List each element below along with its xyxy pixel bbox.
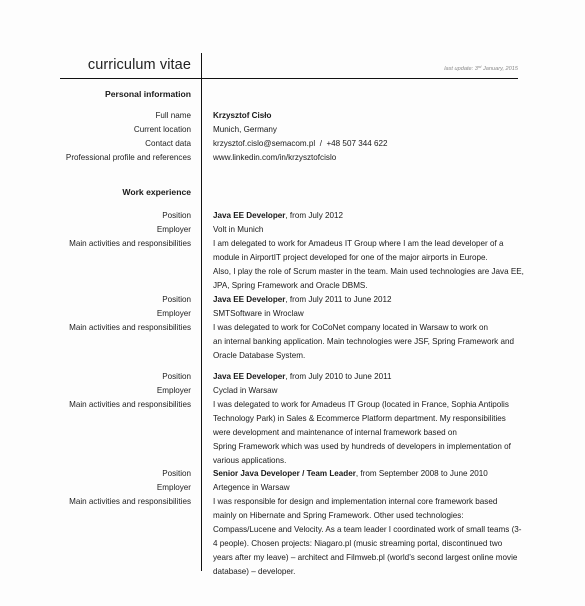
job-position-row: Position Java EE Developer, from July 20…	[0, 211, 585, 225]
field-label: Main activities and responsibilities	[69, 323, 191, 332]
activity-line: 4 people). Chosen projects: Niagaro.pl (…	[213, 537, 523, 551]
job-position-row: Position Java EE Developer, from July 20…	[0, 295, 585, 309]
full-name-text: Krzysztof Cisło	[213, 111, 271, 120]
activity-line: Spring Framework which was used by hundr…	[213, 440, 523, 454]
section-heading-work: Work experience	[122, 187, 191, 197]
job-title: Java EE Developer	[213, 295, 285, 304]
activity-line: Technology Park) in Sales & Ecommerce Pl…	[213, 412, 523, 426]
job-employer: SMTSoftware in Wroclaw	[213, 309, 304, 318]
job-position: Senior Java Developer / Team Leader, fro…	[213, 469, 488, 478]
activity-line: I was responsible for design and impleme…	[213, 495, 523, 509]
personal-row-profile: Professional profile and references www.…	[0, 153, 585, 167]
job-activities: I was responsible for design and impleme…	[213, 495, 523, 578]
section-heading-personal: Personal information	[105, 89, 191, 99]
job-activities: I was delegated to work for CoCoNet comp…	[213, 321, 523, 363]
activity-line: JPA, Spring Framework and Oracle DBMS.	[213, 279, 523, 293]
header-rule	[60, 78, 518, 79]
personal-row-contact: Contact data krzysztof.cislo@semacom.pl …	[0, 139, 585, 153]
field-label: Current location	[134, 125, 191, 134]
field-label: Contact data	[145, 139, 191, 148]
activity-line: years after my leave) – architect and Fi…	[213, 551, 523, 565]
contact-value[interactable]: krzysztof.cislo@semacom.pl / +48 507 344…	[213, 139, 387, 148]
personal-row-location: Current location Munich, Germany	[0, 125, 585, 139]
field-label: Employer	[157, 309, 191, 318]
field-label: Main activities and responsibilities	[69, 239, 191, 248]
activity-line: various applications.	[213, 454, 523, 468]
personal-row-full-name: Full name Krzysztof Cisło	[0, 111, 585, 125]
last-update-date: last update: 3rd January, 2015	[444, 64, 518, 72]
activity-line: I was delegated to work for CoCoNet comp…	[213, 321, 523, 335]
job-period: , from July 2010 to June 2011	[285, 372, 391, 381]
activity-line: mainly on Hibernate and Spring Framework…	[213, 509, 523, 523]
job-position: Java EE Developer, from July 2011 to Jun…	[213, 295, 391, 304]
last-update-text: last update: 3	[444, 66, 478, 72]
activity-line: were development and maintenance of inte…	[213, 426, 523, 440]
activity-line: database) – developer.	[213, 565, 523, 579]
field-label: Position	[162, 211, 191, 220]
job-title: Senior Java Developer / Team Leader	[213, 469, 356, 478]
field-label: Position	[162, 295, 191, 304]
field-label: Employer	[157, 386, 191, 395]
job-activities: I am delegated to work for Amadeus IT Gr…	[213, 237, 523, 293]
field-label: Position	[162, 469, 191, 478]
last-update-month-year: January, 2015	[481, 66, 518, 72]
job-position: Java EE Developer, from July 2012	[213, 211, 343, 220]
full-name-value: Krzysztof Cisło	[213, 111, 271, 120]
activity-line: an internal banking application. Main te…	[213, 335, 523, 349]
location-value: Munich, Germany	[213, 125, 277, 134]
job-employer: Artegence in Warsaw	[213, 483, 290, 492]
job-position-row: Position Senior Java Developer / Team Le…	[0, 469, 585, 483]
job-period: , from July 2012	[285, 211, 343, 220]
field-label: Full name	[155, 111, 191, 120]
field-label: Main activities and responsibilities	[69, 400, 191, 409]
job-period: , from July 2011 to June 2012	[285, 295, 391, 304]
activity-line: I am delegated to work for Amadeus IT Gr…	[213, 237, 523, 251]
job-employer: Volt in Munich	[213, 225, 263, 234]
job-position: Java EE Developer, from July 2010 to Jun…	[213, 372, 391, 381]
document-title: curriculum vitae	[88, 57, 191, 73]
field-label: Professional profile and references	[66, 153, 191, 162]
job-employer: Cyclad in Warsaw	[213, 386, 277, 395]
job-period: , from September 2008 to June 2010	[356, 469, 488, 478]
job-position-row: Position Java EE Developer, from July 20…	[0, 372, 585, 386]
job-activities: I was delegated to work for Amadeus IT G…	[213, 398, 523, 468]
linkedin-link[interactable]: www.linkedin.com/in/krzysztofcislo	[213, 153, 336, 162]
field-label: Main activities and responsibilities	[69, 497, 191, 506]
job-title: Java EE Developer	[213, 372, 285, 381]
activity-line: Also, I play the role of Scrum master in…	[213, 265, 523, 279]
job-title: Java EE Developer	[213, 211, 285, 220]
activity-line: I was delegated to work for Amadeus IT G…	[213, 398, 523, 412]
activity-line: module in AirportIT project developed fo…	[213, 251, 523, 265]
field-label: Employer	[157, 483, 191, 492]
field-label: Position	[162, 372, 191, 381]
cv-page: curriculum vitae last update: 3rd Januar…	[0, 0, 585, 606]
field-label: Employer	[157, 225, 191, 234]
activity-line: Oracle Database System.	[213, 349, 523, 363]
activity-line: Compass/Lucene and Velocity. As a team l…	[213, 523, 523, 537]
